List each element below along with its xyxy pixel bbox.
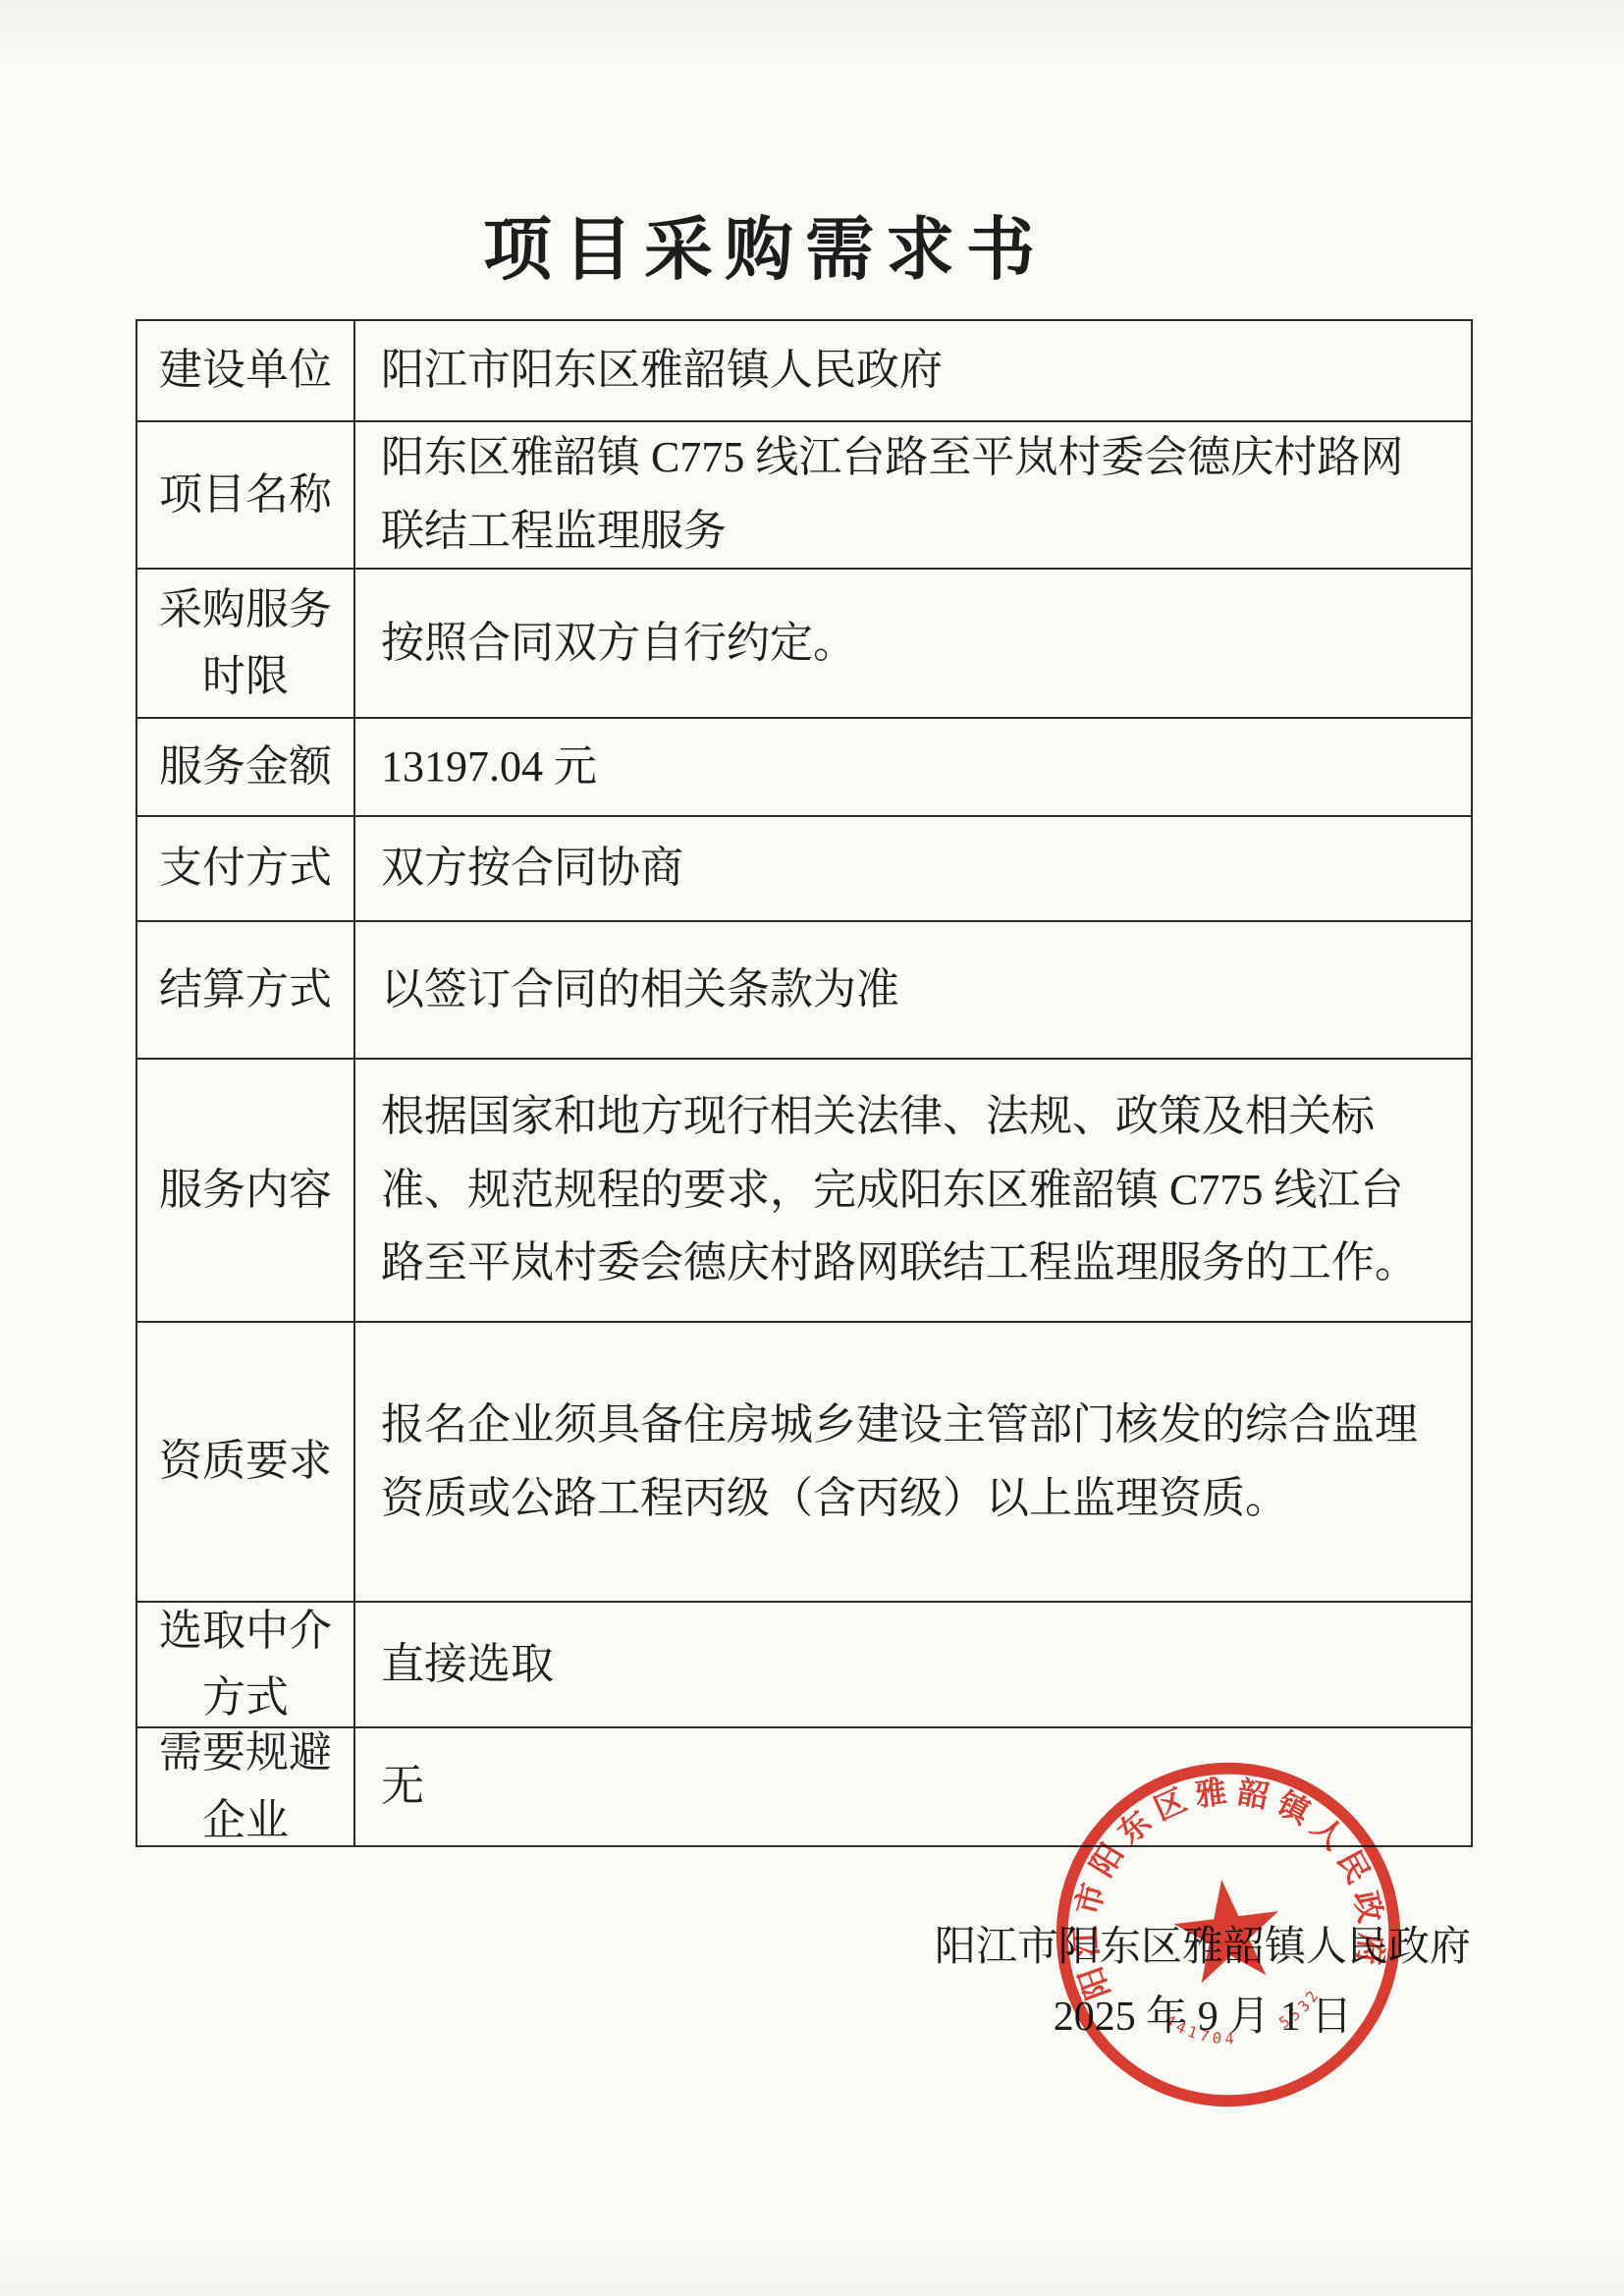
row-value: 13197.04 元 (355, 719, 1471, 815)
table-row-project-name: 项目名称 阳东区雅韶镇 C775 线江台路至平岚村委会德庆村路网联结工程监理服务 (137, 422, 1471, 570)
row-value: 无 (355, 1728, 1471, 1845)
table-row-qualification-requirements: 资质要求 报名企业须具备住房城乡建设主管部门核发的综合监理资质或公路工程丙级（含… (137, 1323, 1471, 1603)
row-value: 以签订合同的相关条款为准 (355, 922, 1471, 1058)
row-value: 双方按合同协商 (355, 817, 1471, 920)
table-row-service-content: 服务内容 根据国家和地方现行相关法律、法规、政策及相关标准、规范规程的要求，完成… (137, 1060, 1471, 1323)
row-label: 服务金额 (137, 719, 355, 815)
table-row-enterprises-to-avoid: 需要规避企业 无 (137, 1728, 1471, 1845)
signature-block: 阳江市阳东区雅韶镇人民政府 2025 年 9 月 1 日 (928, 1913, 1478, 2051)
document-page: 项目采购需求书 建设单位 阳江市阳东区雅韶镇人民政府 项目名称 阳东区雅韶镇 C… (0, 0, 1624, 2296)
row-label: 采购服务时限 (137, 570, 355, 717)
row-label: 资质要求 (137, 1323, 355, 1601)
row-label: 需要规避企业 (137, 1728, 355, 1845)
row-value: 直接选取 (355, 1603, 1471, 1726)
row-value: 根据国家和地方现行相关法律、法规、政策及相关标准、规范规程的要求，完成阳东区雅韶… (355, 1060, 1471, 1321)
table-row-service-amount: 服务金额 13197.04 元 (137, 719, 1471, 817)
procurement-requirements-table: 建设单位 阳江市阳东区雅韶镇人民政府 项目名称 阳东区雅韶镇 C775 线江台路… (135, 319, 1473, 1847)
row-label: 支付方式 (137, 817, 355, 920)
row-value: 按照合同双方自行约定。 (355, 570, 1471, 717)
row-value: 报名企业须具备住房城乡建设主管部门核发的综合监理资质或公路工程丙级（含丙级）以上… (355, 1323, 1471, 1601)
row-label: 选取中介方式 (137, 1603, 355, 1726)
row-value: 阳东区雅韶镇 C775 线江台路至平岚村委会德庆村路网联结工程监理服务 (355, 422, 1471, 568)
page-title: 项目采购需求书 (0, 194, 1577, 294)
row-label: 结算方式 (137, 922, 355, 1058)
table-row-settlement-method: 结算方式 以签订合同的相关条款为准 (137, 922, 1471, 1060)
row-value: 阳江市阳东区雅韶镇人民政府 (355, 321, 1471, 420)
table-row-service-time-limit: 采购服务时限 按照合同双方自行约定。 (137, 570, 1471, 719)
signature-date: 2025 年 9 月 1 日 (928, 1983, 1478, 2052)
table-row-intermediary-selection: 选取中介方式 直接选取 (137, 1603, 1471, 1728)
table-row-construction-unit: 建设单位 阳江市阳东区雅韶镇人民政府 (137, 321, 1471, 422)
row-label: 服务内容 (137, 1060, 355, 1321)
signature-organization: 阳江市阳东区雅韶镇人民政府 (928, 1913, 1478, 1983)
table-row-payment-method: 支付方式 双方按合同协商 (137, 817, 1471, 922)
row-label: 建设单位 (137, 321, 355, 420)
row-label: 项目名称 (137, 422, 355, 568)
